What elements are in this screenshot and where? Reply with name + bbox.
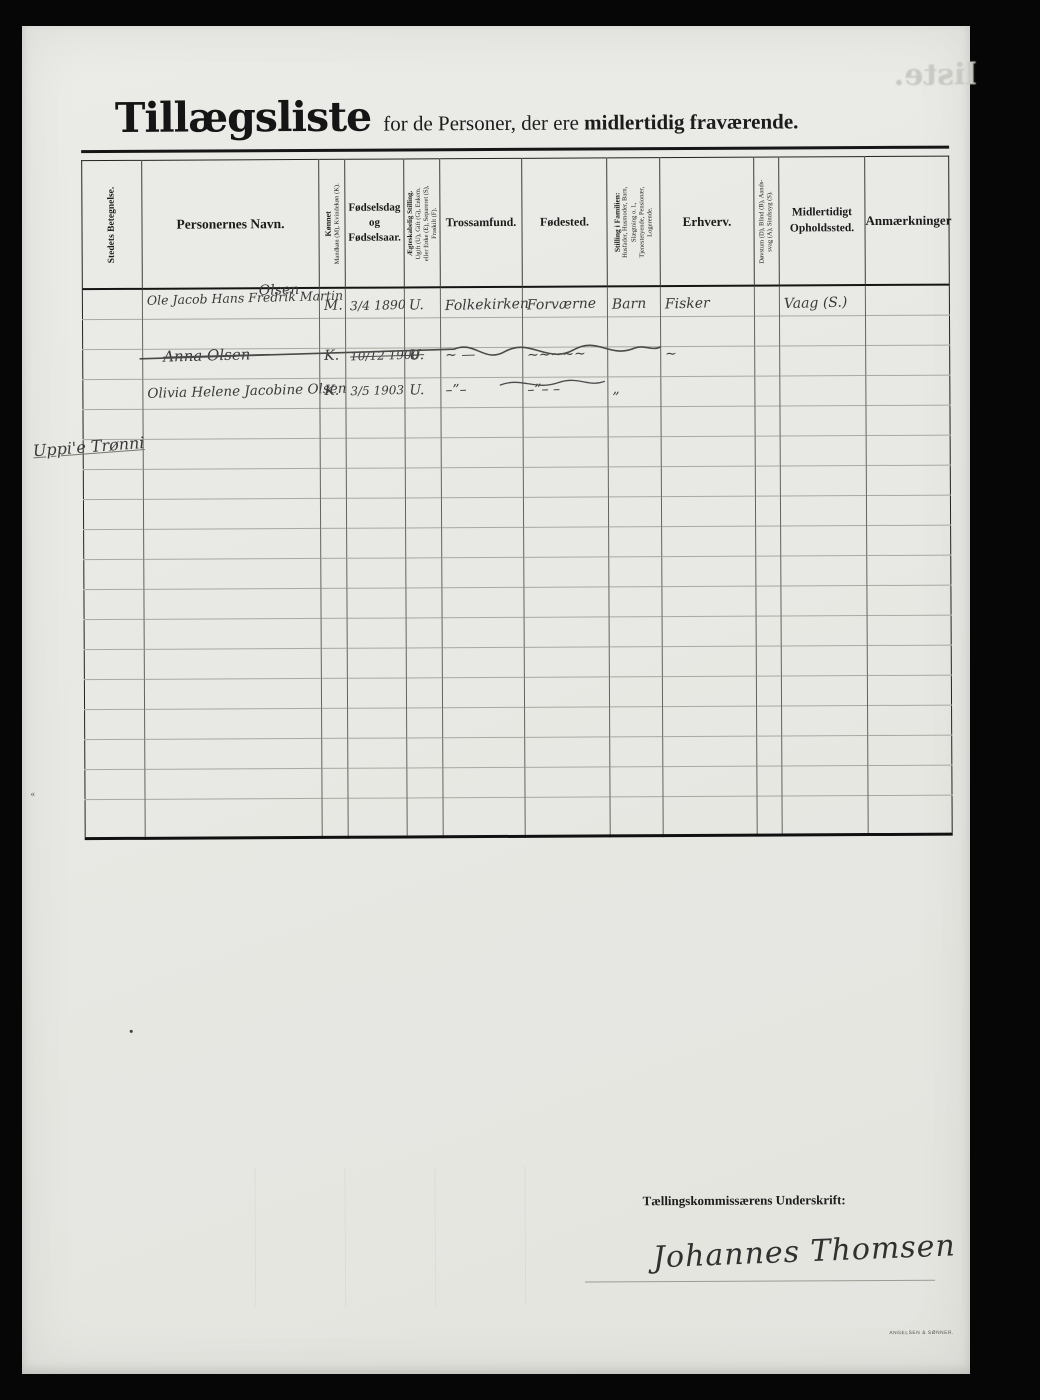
- scanned-paper: liste. Tillægslistefor de Personer, der …: [22, 26, 970, 1374]
- cell-stand: [406, 558, 442, 588]
- cell-sted: [84, 679, 144, 709]
- cell-anm: [868, 765, 952, 795]
- cell-kon: [321, 618, 347, 648]
- cell-erhverv: [661, 346, 755, 376]
- printer-imprint: ANGELSEN & SØNNER.: [889, 1330, 954, 1336]
- cell-dato: [347, 528, 406, 558]
- cell-fodested: [523, 497, 608, 527]
- cell-fodested: [524, 617, 609, 647]
- empty-row: [83, 495, 950, 530]
- cell-navn: [145, 708, 322, 739]
- empty-row: [84, 525, 951, 560]
- cell-kon: [321, 588, 347, 618]
- cell-opholdssted: [780, 436, 866, 466]
- cell-erhverv: [662, 526, 756, 556]
- cell-sted: [82, 289, 142, 320]
- cell-dovstum: [755, 496, 780, 526]
- cell-opholdssted: [781, 646, 867, 676]
- cell-navn: [145, 768, 322, 799]
- cell-stand: [406, 588, 442, 618]
- cell-anm: [867, 525, 951, 555]
- cell-stilling: [610, 707, 663, 737]
- header-fodselsdag: Fødselsdag og Fødselsaar.: [345, 159, 405, 288]
- cell-stand: [406, 618, 442, 648]
- entry-row-1: OlsenOle Jacob Hans Fredrik Martin M. 3/…: [82, 285, 949, 320]
- cell-dato: [346, 498, 405, 528]
- cell-fodested: [524, 587, 609, 617]
- cell-kon: M.: [319, 288, 345, 319]
- cell-dato: [348, 738, 407, 768]
- cell-dato: [346, 438, 405, 468]
- cell-dovstum: [754, 316, 779, 346]
- cell-fodested: [525, 767, 610, 797]
- cell-sted: [83, 319, 143, 349]
- cell-opholdssted: [780, 496, 866, 526]
- header-label-line: Kønnet: [323, 162, 333, 284]
- cell-stand: [405, 378, 441, 408]
- cell-kon: K.: [319, 318, 345, 348]
- cell-anm: [866, 435, 950, 465]
- census-table-wrap: Uppi'e Trønni Stedets Betegnelse. Person…: [81, 156, 953, 841]
- cell-tros: [442, 647, 524, 677]
- empty-row: [83, 375, 950, 410]
- cell-kon: [321, 528, 347, 558]
- cell-sted: [84, 529, 144, 559]
- cell-opholdssted: [782, 706, 868, 736]
- header-stilling-i-familien: Stilling i Familien:Husfader, Husmoder, …: [607, 158, 661, 287]
- cell-stilling: [608, 437, 661, 467]
- cell-opholdssted: [781, 556, 867, 586]
- cell-fodested: –”– –: [523, 347, 608, 377]
- cell-kon: K.: [320, 348, 346, 378]
- cell-anm: [868, 735, 952, 765]
- title-main: Tillægsliste: [115, 93, 371, 142]
- signature-line: [585, 1280, 935, 1283]
- cell-fodested: [525, 707, 610, 737]
- cell-anm: [866, 375, 950, 405]
- cell-stilling: [609, 557, 662, 587]
- cell-anm: [866, 495, 950, 525]
- cell-erhverv: [661, 466, 755, 496]
- title-subtitle: for de Personer, der ere midlertidig fra…: [383, 109, 798, 135]
- cell-tros: [443, 767, 525, 797]
- header-row: Stedets Betegnelse. Personernes Navn. Kø…: [82, 156, 950, 289]
- header-label: Stedets Betegnelse.: [106, 163, 118, 285]
- header-label-line: Døvstum (D), Blind (B), Aands- svag (A),…: [758, 160, 775, 282]
- cell-opholdssted: [782, 736, 868, 766]
- header-personernes-navn: Personernes Navn.: [142, 159, 320, 288]
- cell-sted: [84, 589, 144, 619]
- cell-navn: [143, 438, 320, 469]
- cell-sted: [83, 469, 143, 499]
- cell-stilling: [608, 377, 661, 407]
- cell-sted: [84, 649, 144, 679]
- empty-row: [85, 795, 952, 839]
- cell-stilling: [609, 617, 662, 647]
- cell-stand: [407, 738, 443, 768]
- cell-dato: 3/5 1903: [346, 348, 405, 378]
- cell-sted: [85, 739, 145, 769]
- cell-erhverv: Fisker: [660, 286, 754, 317]
- header-label-line: Mandkøn (M), Kvindekøn (K).: [332, 162, 341, 284]
- cell-tros: ~ —: [440, 317, 522, 347]
- cell-sted: [83, 409, 143, 439]
- cell-dato: 3/4 1890: [345, 287, 404, 318]
- cell-navn: [143, 408, 320, 439]
- empty-row: [84, 555, 951, 590]
- cell-anm: [867, 615, 951, 645]
- cell-kon: [320, 438, 346, 468]
- cell-sted: [83, 349, 143, 379]
- cell-anm: [867, 585, 951, 615]
- cell-opholdssted: [781, 586, 867, 616]
- cell-erhverv: [663, 706, 757, 736]
- cell-stilling: [609, 527, 662, 557]
- cell-erhverv: [663, 766, 757, 796]
- table-body: OlsenOle Jacob Hans Fredrik Martin M. 3/…: [82, 285, 952, 839]
- empty-row: [84, 615, 951, 650]
- cell-fodested: [523, 407, 608, 437]
- cell-stand: U.: [404, 318, 440, 348]
- cell-fodested: ~~~~~: [522, 317, 607, 347]
- cell-erhverv: [662, 616, 756, 646]
- cell-opholdssted: [780, 466, 866, 496]
- cell-navn: [143, 498, 320, 529]
- document-title: Tillægslistefor de Personer, der ere mid…: [115, 90, 915, 142]
- cell-opholdssted: Vaag (S.): [779, 285, 865, 316]
- cell-erhverv: [662, 556, 756, 586]
- cell-kon: [321, 558, 347, 588]
- cell-erhverv: [661, 376, 755, 406]
- cell-stand: U.: [405, 348, 441, 378]
- cell-tros: [442, 587, 524, 617]
- cell-fodested: [525, 797, 610, 836]
- cell-kon: [322, 768, 348, 798]
- empty-row: [84, 675, 951, 710]
- cell-erhverv: [663, 796, 757, 835]
- page-content: liste. Tillægslistefor de Personer, der …: [18, 24, 973, 1377]
- cell-tros: [441, 467, 523, 497]
- cell-fodested: [525, 737, 610, 767]
- cell-stand: [405, 408, 441, 438]
- cell-dovstum: [756, 646, 781, 676]
- cell-stand: [407, 798, 443, 837]
- cell-sted: [83, 499, 143, 529]
- cell-stand: [405, 438, 441, 468]
- header-label: KønnetMandkøn (M), Kvindekøn (K).: [323, 162, 341, 284]
- cell-kon: [321, 678, 347, 708]
- cell-navn: [144, 618, 321, 649]
- cell-tros: [442, 527, 524, 557]
- cell-dovstum: [756, 556, 781, 586]
- cell-erhverv: ~: [660, 316, 754, 346]
- cell-stilling: [608, 407, 661, 437]
- cell-opholdssted: [780, 346, 866, 376]
- header-trossamfund: Trossamfund.: [440, 158, 523, 287]
- cell-dovstum: [757, 766, 782, 796]
- cell-sted: [83, 439, 143, 469]
- cell-dovstum: [757, 736, 782, 766]
- handwritten-surname-above: Olsen: [259, 283, 300, 299]
- cell-navn: [144, 678, 321, 709]
- header-label-line: Husfader, Husmoder, Barn, Slægtning o. l…: [622, 161, 655, 283]
- cell-dovstum: [756, 676, 781, 706]
- cell-erhverv: [661, 406, 755, 436]
- cell-navn: [145, 798, 322, 838]
- cell-navn: [144, 558, 321, 589]
- cell-fodested: [524, 647, 609, 677]
- cell-navn: [144, 588, 321, 619]
- cell-dato: [347, 648, 406, 678]
- cell-anm: [866, 405, 950, 435]
- cell-tros: –”–: [441, 347, 523, 377]
- cell-navn: Olivia Helene Jacobine Olsen: [143, 348, 320, 379]
- cell-dato: [346, 378, 405, 408]
- cell-kon: [322, 798, 348, 837]
- header-label: Døvstum (D), Blind (B), Aands- svag (A),…: [758, 160, 775, 282]
- empty-row: [84, 585, 951, 620]
- cell-stand: [407, 708, 443, 738]
- cell-tros: [441, 497, 523, 527]
- cell-tros: [442, 677, 524, 707]
- cell-stand: [405, 468, 441, 498]
- cell-dovstum: [755, 406, 780, 436]
- cell-tros: [443, 707, 525, 737]
- cell-stilling: „: [608, 347, 661, 377]
- cell-dovstum: [757, 706, 782, 736]
- cell-tros: [442, 617, 524, 647]
- cell-opholdssted: [781, 676, 867, 706]
- cell-tros: [443, 737, 525, 767]
- cell-stand: [406, 528, 442, 558]
- cell-navn: [145, 738, 322, 769]
- cell-fodested: [523, 377, 608, 407]
- cell-kon: [321, 648, 347, 678]
- header-label: Midlertidigt Opholdssted.: [779, 205, 864, 236]
- empty-row: [85, 765, 952, 800]
- cell-stilling: [608, 467, 661, 497]
- cell-dato: [347, 588, 406, 618]
- signature-label: Tællingskommissærens Underskrift:: [643, 1192, 846, 1209]
- cell-dato: [347, 618, 406, 648]
- table-header: Stedets Betegnelse. Personernes Navn. Kø…: [82, 156, 950, 289]
- handwritten-name: Ole Jacob Hans Fredrik Martin: [147, 288, 344, 308]
- cell-sted: [85, 799, 145, 838]
- cell-stand: [405, 498, 441, 528]
- cell-erhverv: [662, 646, 756, 676]
- header-midlertidigt-opholdssted: Midlertidigt Opholdssted.: [779, 157, 866, 286]
- cell-navn: [144, 528, 321, 559]
- header-anmaerkninger: Anmærkninger: [865, 156, 950, 285]
- cell-opholdssted: [780, 406, 866, 436]
- header-dovstum: Døvstum (D), Blind (B), Aands- svag (A),…: [754, 157, 780, 286]
- cell-opholdssted: [781, 616, 867, 646]
- cell-erhverv: [661, 436, 755, 466]
- cell-tros: [441, 437, 523, 467]
- cell-navn: OlsenOle Jacob Hans Fredrik Martin: [142, 288, 319, 319]
- cell-dovstum: [756, 616, 781, 646]
- cell-tros: Folkekirken: [440, 287, 522, 318]
- cell-kon: [322, 708, 348, 738]
- cell-navn: [143, 468, 320, 499]
- empty-row: [83, 405, 950, 440]
- cell-sted: [85, 769, 145, 799]
- title-sub-bold: midlertidig fraværende.: [584, 109, 798, 134]
- commissioner-signature: Johannes Thomsen: [652, 1228, 956, 1275]
- cell-fodested: [523, 437, 608, 467]
- cell-dato: [347, 678, 406, 708]
- cell-erhverv: [662, 586, 756, 616]
- header-konnet: KønnetMandkøn (M), Kvindekøn (K).: [319, 159, 346, 288]
- cell-fodested: Forværne: [522, 286, 607, 317]
- title-rule: [81, 146, 949, 154]
- cell-dato: [346, 408, 405, 438]
- cell-opholdssted: [779, 316, 865, 346]
- cell-fodested: [524, 677, 609, 707]
- cell-anm: [866, 345, 950, 375]
- cell-dato: [348, 798, 407, 837]
- cell-stilling: [610, 737, 663, 767]
- cell-kon: [320, 378, 346, 408]
- cell-dovstum: [756, 526, 781, 556]
- entry-row-2: Anna Olsen — K. 10/12 1900 U. ~ — ~~~~~ …: [83, 315, 950, 350]
- cell-dato: 10/12 1900: [345, 318, 404, 348]
- cell-sted: [83, 379, 143, 409]
- entry-row-3: Olivia Helene Jacobine Olsen K. 3/5 1903…: [83, 345, 950, 380]
- cell-dovstum: [755, 466, 780, 496]
- cell-anm: [867, 555, 951, 585]
- cell-anm: [867, 645, 951, 675]
- cell-stilling: [609, 647, 662, 677]
- cell-anm: [868, 705, 952, 735]
- header-fodested: Fødested.: [522, 158, 608, 287]
- cell-navn: [144, 648, 321, 679]
- bleed-through-grid: [254, 1166, 555, 1308]
- cell-navn: [143, 378, 320, 409]
- cell-sted: [85, 709, 145, 739]
- cell-fodested: [524, 527, 609, 557]
- ink-speck: [130, 1030, 133, 1033]
- header-erhverv: Erhverv.: [660, 157, 755, 286]
- cell-tros: [441, 377, 523, 407]
- cell-dovstum: [756, 586, 781, 616]
- cell-dovstum: [755, 346, 780, 376]
- header-aegteskabelig-stilling: Ægteskabelig Stilling.Ugift (U), Gift (G…: [404, 159, 441, 288]
- cell-kon: [320, 498, 346, 528]
- cell-anm: [867, 675, 951, 705]
- header-stedets-betegnelse: Stedets Betegnelse.: [82, 160, 143, 289]
- cell-stand: [407, 768, 443, 798]
- header-label-line: Ægteskabelig Stilling.: [405, 162, 414, 284]
- cell-stand: [406, 678, 442, 708]
- header-label: Ægteskabelig Stilling.Ugift (U), Gift (G…: [405, 162, 439, 284]
- cell-dato: [348, 708, 407, 738]
- empty-row: [83, 435, 950, 470]
- cell-stand: U.: [404, 287, 440, 318]
- cell-tros: [442, 557, 524, 587]
- cell-kon: [320, 408, 346, 438]
- cell-dovstum: [757, 796, 782, 835]
- cell-stilling: [609, 587, 662, 617]
- cell-stand: [406, 648, 442, 678]
- cell-kon: [320, 468, 346, 498]
- empty-row: [83, 465, 950, 500]
- cell-anm: [865, 285, 949, 316]
- margin-mark: «: [30, 788, 35, 798]
- cell-navn: Anna Olsen —: [143, 318, 320, 349]
- cell-anm: [865, 315, 949, 345]
- cell-stilling: Barn: [607, 286, 660, 317]
- cell-opholdssted: [781, 526, 867, 556]
- cell-sted: [84, 619, 144, 649]
- cell-opholdssted: [782, 796, 868, 835]
- cell-dovstum: [754, 286, 779, 317]
- cell-dato: [346, 468, 405, 498]
- header-label: Fødselsdag og Fødselsaar.: [345, 201, 403, 246]
- cell-stilling: [609, 677, 662, 707]
- header-label: Stilling i Familien:Husfader, Husmoder, …: [612, 161, 655, 283]
- cell-erhverv: [662, 676, 756, 706]
- cell-dato: [347, 558, 406, 588]
- cell-kon: [322, 738, 348, 768]
- empty-row: [85, 705, 952, 740]
- cell-fodested: [523, 467, 608, 497]
- empty-row: [85, 735, 952, 770]
- cell-stilling: [610, 797, 663, 836]
- cell-anm: [868, 795, 952, 834]
- cell-tros: [443, 797, 525, 836]
- cell-anm: [866, 465, 950, 495]
- bleed-through-ghost-text: liste.: [842, 57, 977, 93]
- header-label-line: Ugift (U), Gift (G), Enkem. eller Enke (…: [414, 162, 439, 284]
- cell-erhverv: [661, 496, 755, 526]
- cell-stilling: [607, 317, 660, 347]
- empty-row: [84, 645, 951, 680]
- cell-fodested: [524, 557, 609, 587]
- cell-opholdssted: [780, 376, 866, 406]
- census-table: Stedets Betegnelse. Personernes Navn. Kø…: [81, 156, 953, 841]
- cell-tros: [441, 407, 523, 437]
- cell-sted: [84, 559, 144, 589]
- cell-stilling: [608, 497, 661, 527]
- cell-stilling: [610, 767, 663, 797]
- cell-erhverv: [663, 736, 757, 766]
- cell-dovstum: [755, 436, 780, 466]
- cell-opholdssted: [782, 766, 868, 796]
- title-sub-regular: for de Personer, der ere: [383, 111, 584, 136]
- cell-dovstum: [755, 376, 780, 406]
- cell-dato: [348, 768, 407, 798]
